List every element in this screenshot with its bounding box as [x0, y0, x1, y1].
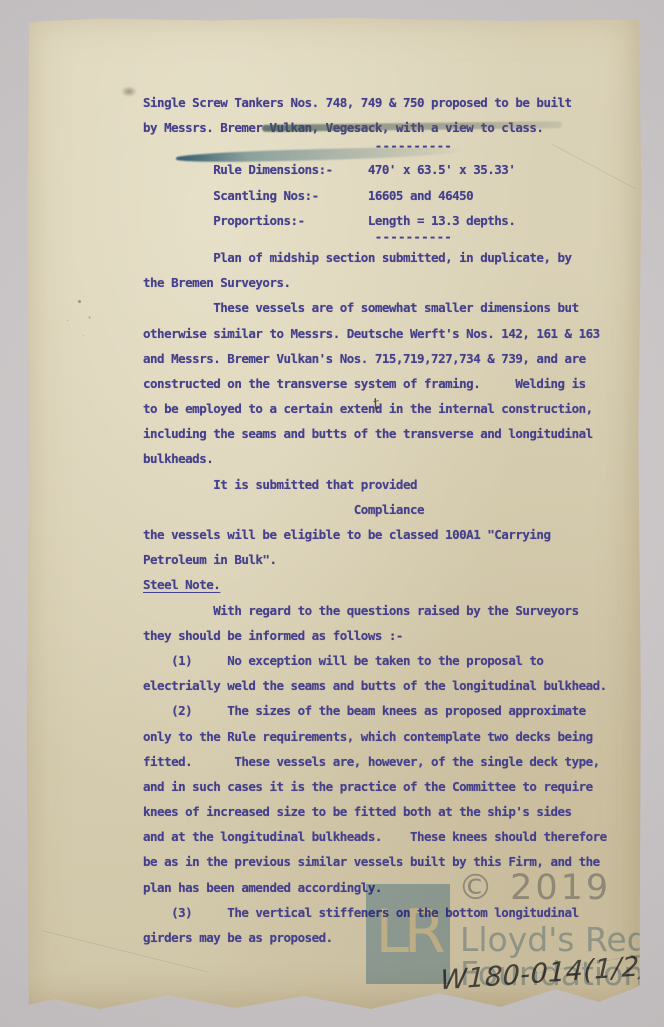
typed-text: Single Screw Tankers Nos. 748, 749 & 750… — [26, 90, 642, 950]
typed-line: otherwise similar to Messrs. Deutsche We… — [143, 321, 642, 346]
typed-line: and in such cases it is the practice of … — [143, 774, 642, 799]
document-page: Single Screw Tankers Nos. 748, 749 & 750… — [26, 16, 642, 1010]
typed-line: the Bremen Surveyors. — [143, 270, 642, 295]
typed-line: Compliance — [143, 497, 642, 522]
typed-line: including the seams and butts of the tra… — [143, 421, 642, 446]
typed-line: knees of increased size to be fitted bot… — [143, 799, 642, 824]
lloyds-register-logo: LR — [366, 884, 450, 984]
typed-line: bulkheads. — [143, 446, 642, 471]
typed-line: the vessels will be eligible to be class… — [143, 522, 642, 547]
typed-line: and at the longitudinal bulkheads. These… — [143, 824, 642, 849]
copyright-watermark: © 2019 — [458, 868, 611, 908]
typed-line: Scantling Nos:- 16605 and 46450 — [143, 183, 642, 208]
typed-line: constructed on the transverse system of … — [143, 371, 642, 396]
typed-line: It is submitted that provided — [143, 472, 642, 497]
typed-line: only to the Rule requirements, which con… — [143, 724, 642, 749]
typed-line: ---------- — [143, 233, 642, 245]
typed-line: fitted. These vessels are, however, of t… — [143, 749, 642, 774]
typed-line: Steel Note. — [143, 572, 642, 597]
typed-line: Petroleum in Bulk". — [143, 547, 642, 572]
typed-line: (1) No exception will be taken to the pr… — [143, 648, 642, 673]
typed-line: they should be informed as follows :- — [143, 623, 642, 648]
lr-logo-letters: LR — [375, 902, 440, 962]
typed-line: Plan of midship section submitted, in du… — [143, 245, 642, 270]
typed-line: (2) The sizes of the beam knees as propo… — [143, 698, 642, 723]
typed-line: Single Screw Tankers Nos. 748, 749 & 750… — [143, 90, 642, 115]
watermark-org-name-line2: Foundation — [460, 954, 644, 993]
typed-line: With regard to the questions raised by t… — [143, 598, 642, 623]
typed-line: to be employed to a certain extend in th… — [143, 396, 642, 421]
typed-line: These vessels are of somewhat smaller di… — [143, 295, 642, 320]
typed-line: and Messrs. Bremer Vulkan's Nos. 715,719… — [143, 346, 642, 371]
typed-line: electrially weld the seams and butts of … — [143, 673, 642, 698]
pen-correction-mark: t — [373, 393, 380, 413]
